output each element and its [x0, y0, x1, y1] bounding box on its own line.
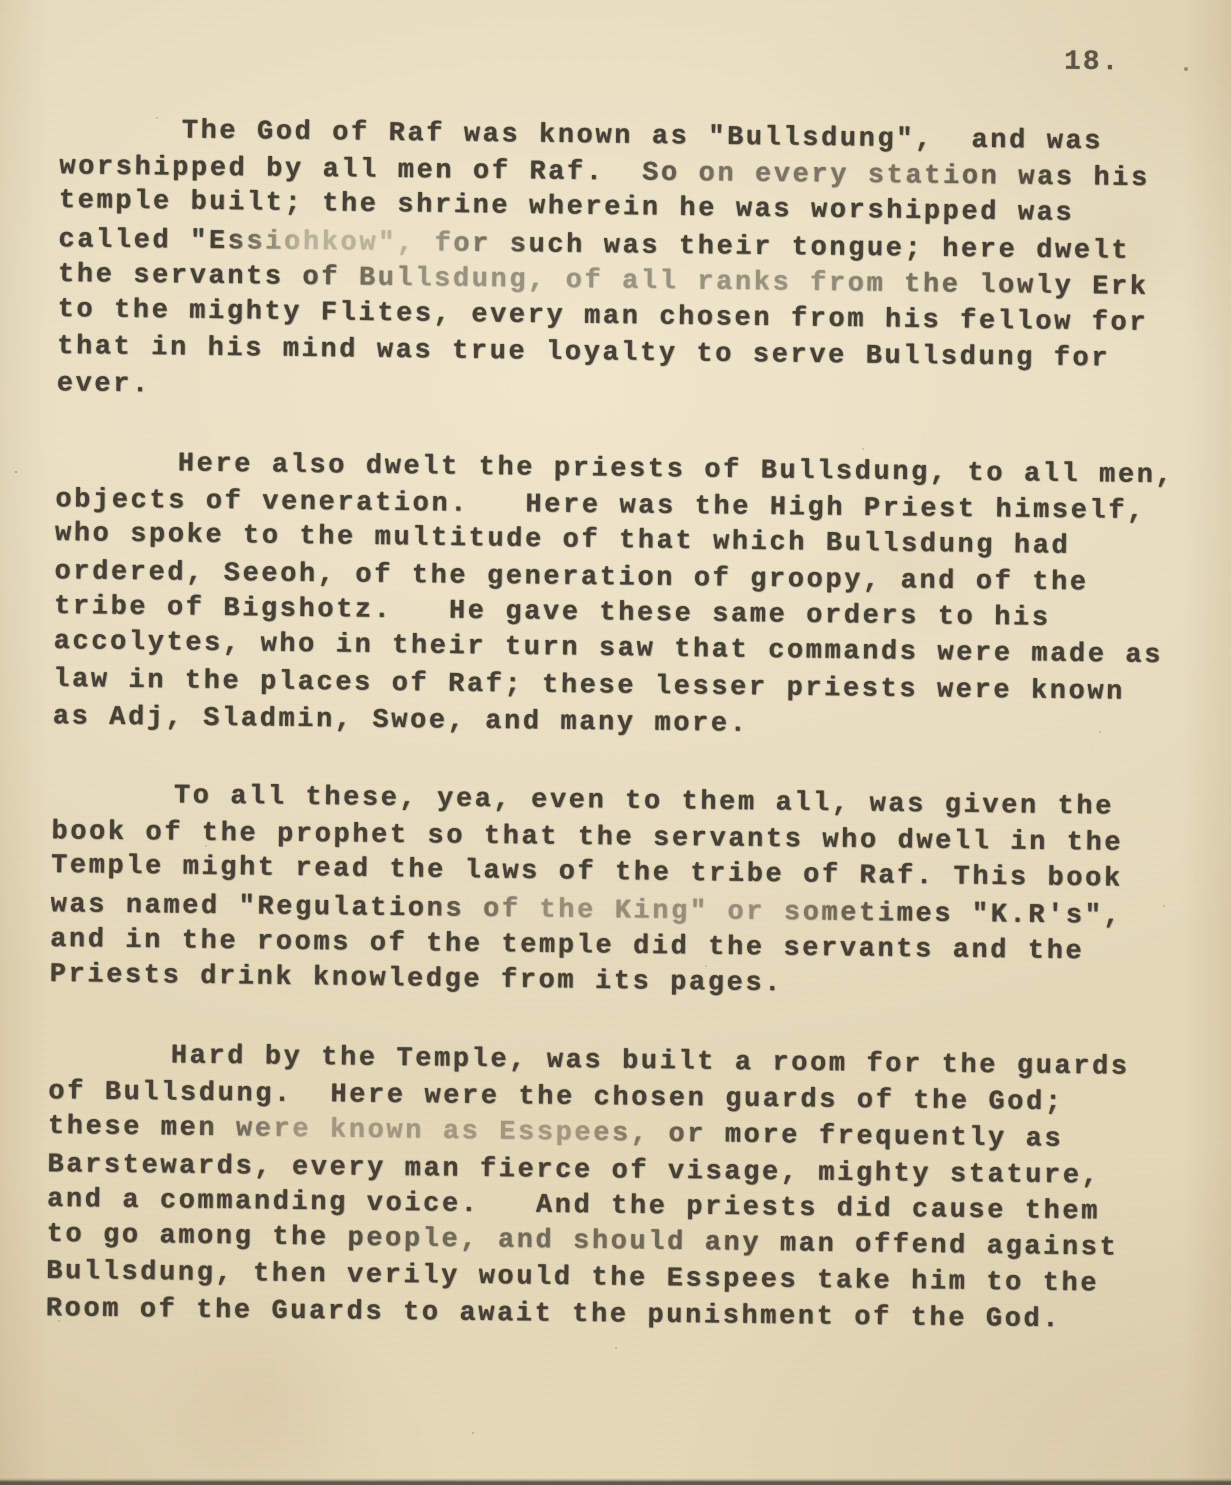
page-body: The God of Raf was known as "Bullsdung",… — [46, 112, 1205, 1340]
typewritten-document-page: 18. The God of Raf was known as "Bullsdu… — [0, 0, 1231, 1485]
page-bottom-edge-shadow — [0, 1478, 1231, 1485]
paragraph-2: Here also dwelt the priests of Bullsdung… — [53, 444, 1201, 747]
paragraph-4: Hard by the Temple, was built a room for… — [46, 1037, 1194, 1340]
page-number: 18. — [1064, 47, 1121, 78]
paragraph-1: The God of Raf was known as "Bullsdung",… — [57, 112, 1205, 415]
paragraph-3: To all these, yea, even to them all, was… — [50, 777, 1197, 1008]
